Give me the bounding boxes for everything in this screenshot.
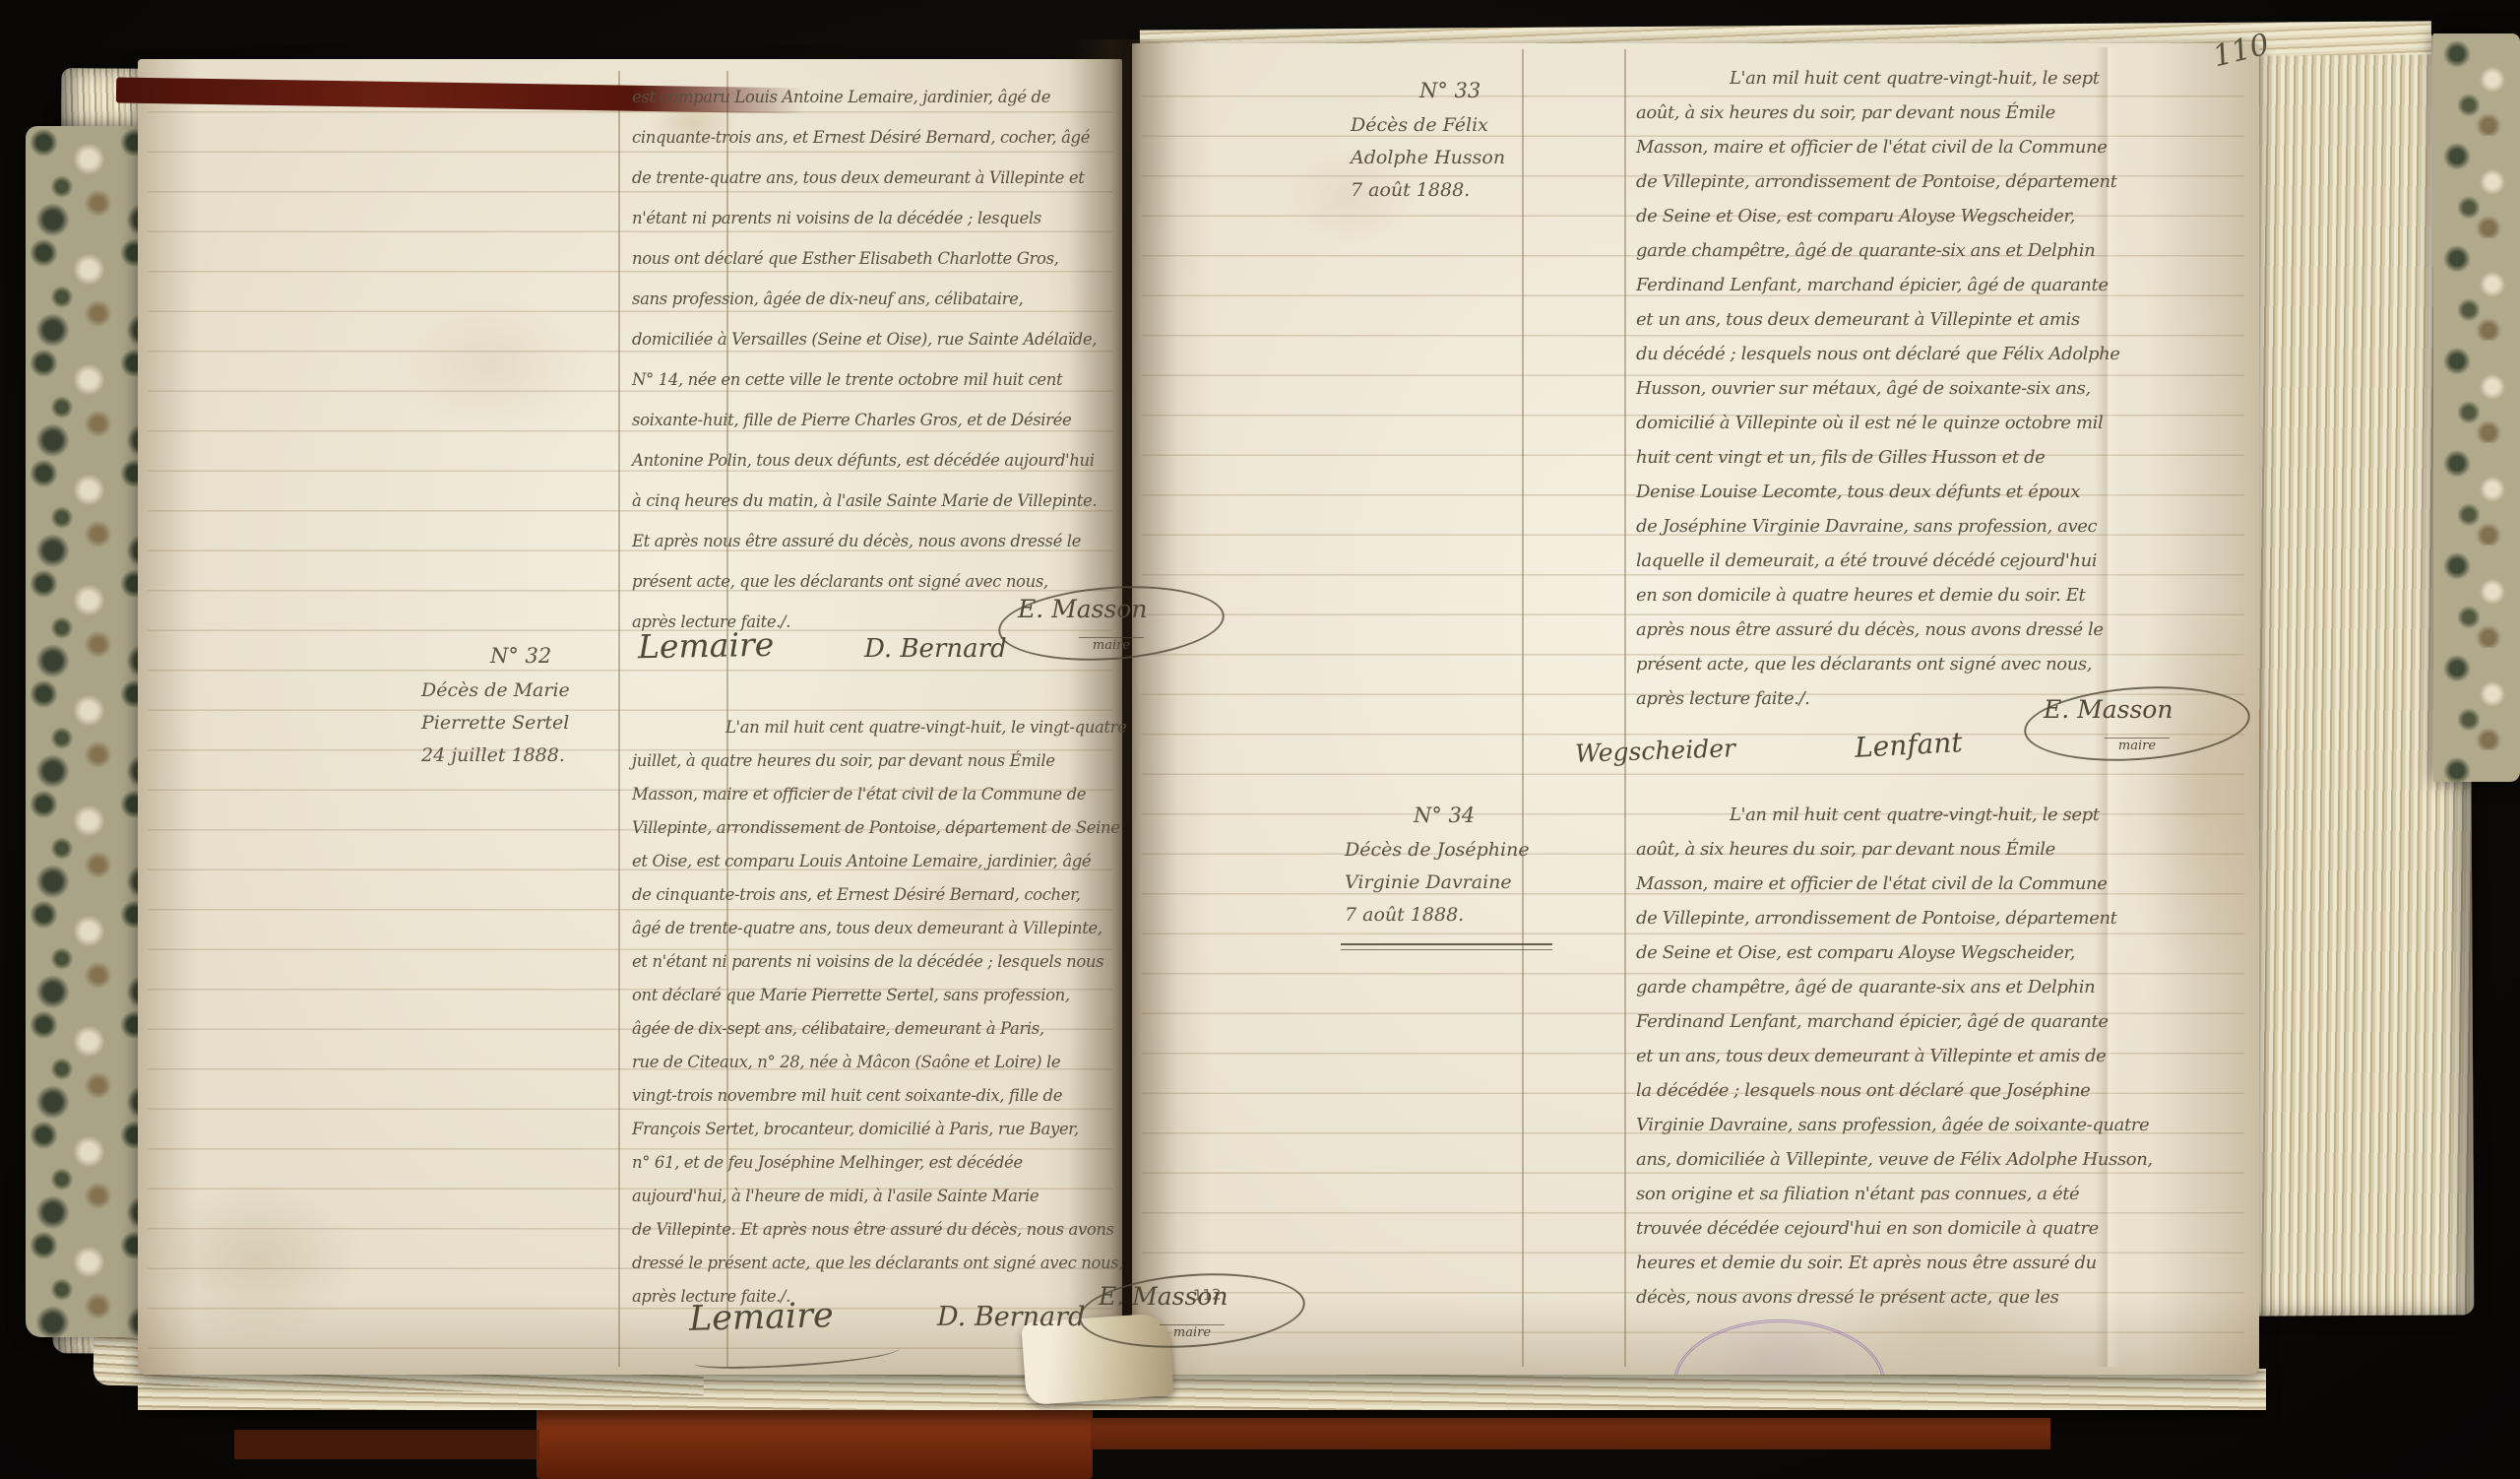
act-33-body-text: L'an mil huit cent quatre-vingt-huit, le… xyxy=(1636,61,2187,716)
table-surface-left xyxy=(234,1430,539,1459)
act-32-body-text: L'an mil huit cent quatre-vingt-huit, le… xyxy=(632,711,1100,1314)
act-margin-text: Décès de MariePierrette Sertel24 juillet… xyxy=(421,675,638,772)
archive-stamp-oval xyxy=(1673,1319,1885,1375)
table-surface-right xyxy=(1091,1418,2050,1449)
signature-bernard-act31: D. Bernard xyxy=(864,634,1007,664)
signature-flourish-oval xyxy=(996,579,1228,668)
signature-flourish-oval xyxy=(2022,679,2253,768)
archive-stamp xyxy=(1673,1319,1885,1375)
signature-mayor-act31: E. Masson maire xyxy=(998,587,1225,660)
signature-lemaire-act32: Lemaire xyxy=(689,1296,835,1339)
signature-lemaire-act31: Lemaire xyxy=(638,625,775,666)
mayor-signature-name: E. Masson xyxy=(1018,595,1147,623)
act-31-body-text: est comparu Louis Antoine Lemaire, jardi… xyxy=(632,77,1100,642)
signature-bernard-act32: D. Bernard xyxy=(937,1302,1085,1332)
signature-lenfant-act33: Lenfant xyxy=(1854,726,1963,764)
act-32-margin-note: N° 32 Décès de MariePierrette Sertel24 j… xyxy=(421,640,638,772)
register-book-photo: est comparu Louis Antoine Lemaire, jardi… xyxy=(0,0,2520,1479)
mayor-signature-title: maire xyxy=(1160,1324,1225,1340)
act-number: N° 32 xyxy=(490,640,638,673)
signature-wegscheider-act33: Wegscheider xyxy=(1575,734,1736,768)
margin-rule-right-2 xyxy=(1624,49,1626,1367)
act-number: N° 33 xyxy=(1419,75,1582,107)
mayor-signature-title: maire xyxy=(1079,637,1144,653)
marbled-cover-right xyxy=(2433,33,2520,782)
signature-flourish-oval xyxy=(1077,1266,1308,1355)
mayor-signature-name: E. Masson xyxy=(2044,695,2173,724)
mayor-signature-title: maire xyxy=(2105,738,2170,753)
act-34-body-text: L'an mil huit cent quatre-vingt-huit, le… xyxy=(1636,798,2187,1315)
act-margin-text: Décès de FélixAdolphe Husson7 août 1888. xyxy=(1351,109,1582,207)
margin-rule-right-1 xyxy=(1522,49,1524,1367)
act-margin-text: Décès de JoséphineVirginie Davraine7 aoû… xyxy=(1345,834,1586,932)
marbled-cover-left xyxy=(26,126,142,1337)
act-33-margin-note: N° 33 Décès de FélixAdolphe Husson7 août… xyxy=(1351,75,1582,207)
margin-note-double-rule xyxy=(1341,943,1552,950)
signature-mayor-act32: E. Masson maire xyxy=(1079,1274,1305,1347)
mayor-signature-name: E. Masson xyxy=(1099,1282,1228,1311)
signature-mayor-act33: E. Masson maire xyxy=(2024,687,2250,760)
act-number: N° 34 xyxy=(1414,800,1586,832)
act-34-margin-note: N° 34 Décès de JoséphineVirginie Davrain… xyxy=(1345,800,1586,932)
